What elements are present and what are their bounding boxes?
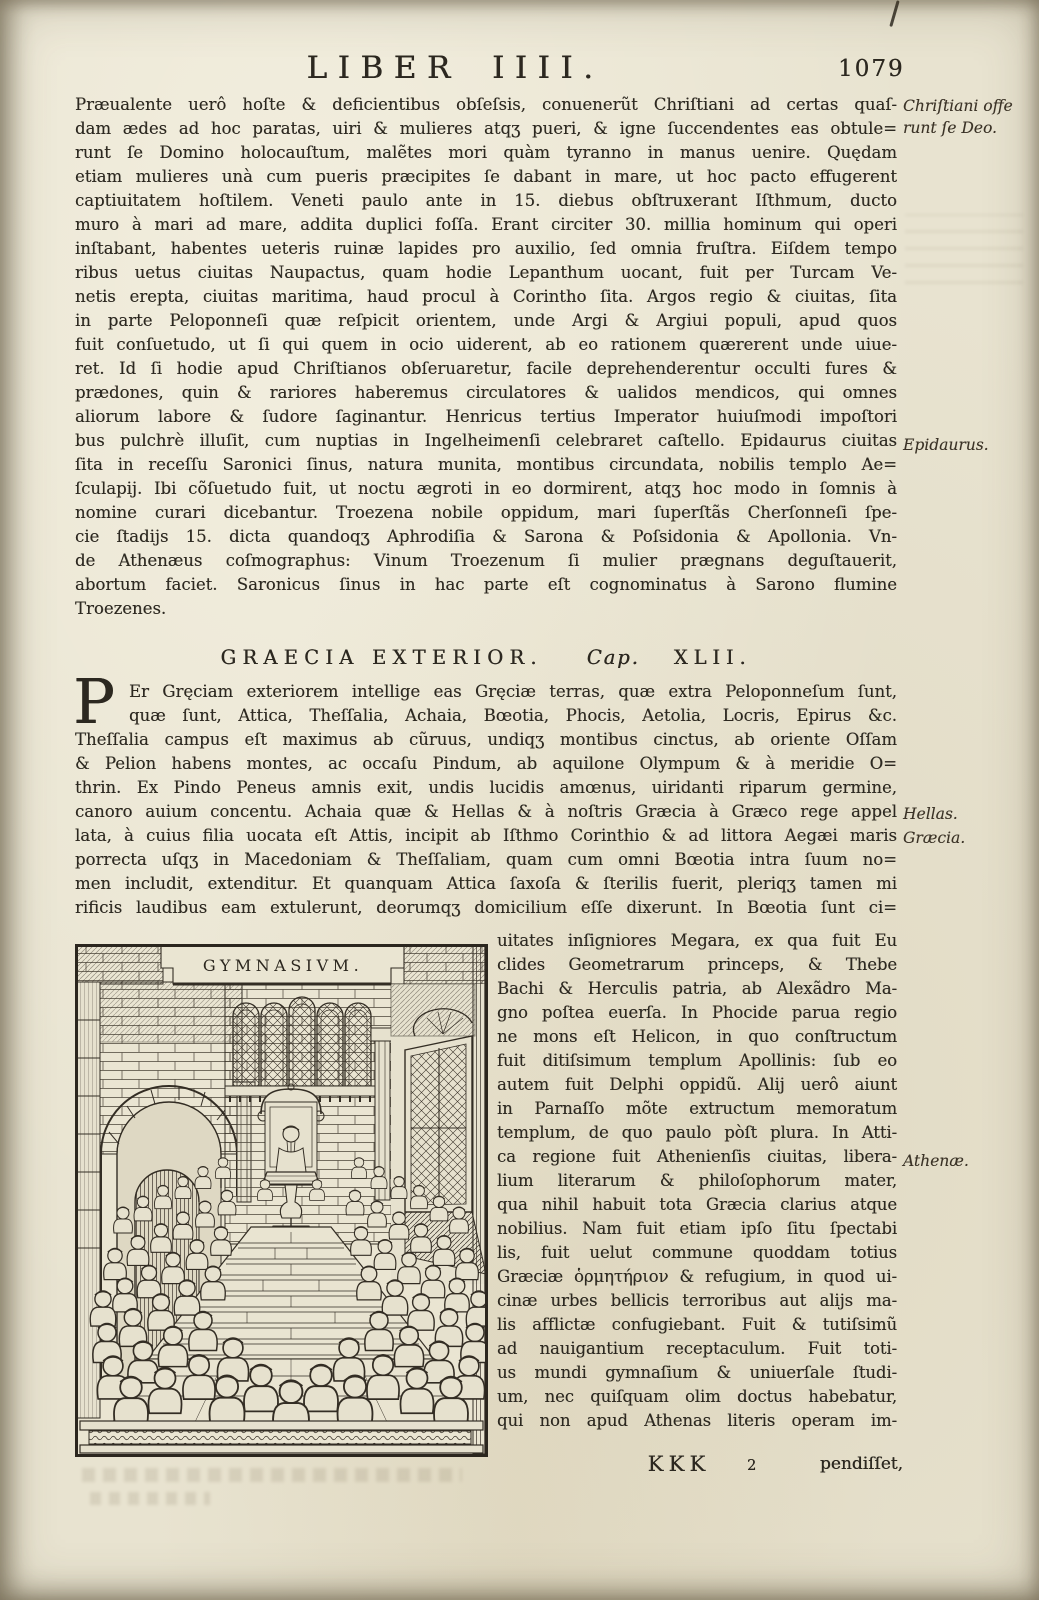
text-line: autem fuit Delphi oppidũ. Alij uerô aiun… [497,1073,897,1097]
text-line: canoro auium concentu. Achaia quæ & Hell… [75,800,897,824]
woodcut-caption: GYMNASIVM. [203,956,363,975]
text-line: rificis laudibus eam extulerunt, deorumq… [75,896,897,920]
text-line: gno poſtea euerſa. In Phocide parua regi… [497,1001,897,1025]
chapter-number: XLII. [674,646,752,669]
text-line: cinæ urbes bellicis terroribus aut alijs… [497,1289,897,1313]
text-line: de Athenæus coſmographus: Vinum Troezenu… [75,549,897,573]
text-line: Bachi & Herculis patria, ab Alexãdro Ma- [497,977,897,1001]
text-line: lata, à cuius filia uocata eſt Attis, in… [75,824,897,848]
show-through-smudge [90,1492,210,1505]
text-line: abortum faciet. Saronicus ſinus in hac p… [75,573,897,597]
text-line: Er Gręciam exteriorem intellige eas Gręc… [75,680,897,704]
margin-note-athenae: Athenæ. [903,1150,1035,1172]
text-line: & Pelion habens montes, ac occaſu Pindum… [75,752,897,776]
margin-note-epidaurus: Epidaurus. [903,434,1035,456]
text-line: um, nec quiſquam olim doctus habebatur, [497,1385,897,1409]
text-line: cie ſtadijs 15. dicta quandoqʒ Aphrodiſi… [75,525,897,549]
text-line: Troezenes. [75,597,897,621]
text-line: ne mons eſt Helicon, in quo conſtructum [497,1025,897,1049]
text-line: thrin. Ex Pindo Peneus amnis exit, undis… [75,776,897,800]
text-line: netis erepta, ciuitas maritima, haud pro… [75,285,897,309]
text-line: in Parnaſſo mõte extructum memoratum [497,1097,897,1121]
text-line: us mundi gymnaſium & uniuerſale ſtudi- [497,1361,897,1385]
text-line: lis afflictæ confugiebant. Fuit & tutiſs… [497,1313,897,1337]
text-line: Præualente uerô hoſte & deficientibus ob… [75,93,897,117]
text-line: lis, fuit uelut commune quoddam totius [497,1241,897,1265]
pen-mark [889,0,899,27]
text-line: Græciæ ὁρμητήριον & refugium, in quod ui… [497,1265,897,1289]
right-column: uitates inſigniores Megara, ex qua fuit … [497,929,897,1433]
text-line: aliorum labore & ſudore ſaginantur. Henr… [75,405,897,429]
chapter-heading: GRAECIA EXTERIOR. Cap. XLII. [75,646,897,672]
text-line: prædones, quin & rariores haberemus circ… [75,381,897,405]
margin-note-hellas: Hellas. [903,803,1035,825]
text-line: qua nihil habuit tota Græcia clarius atq… [497,1193,897,1217]
text-line: fuit ditiſsimum templum Apollinis: ſub e… [497,1049,897,1073]
running-head: LIBER IIII. [240,50,670,86]
book-page: LIBER IIII. 1079 Præualente uerô hoſte &… [0,0,1039,1600]
text-line: captiuitatem hoſtilem. Veneti paulo ante… [75,189,897,213]
signature-number: 2 [747,1458,769,1474]
text-line: uitates inſigniores Megara, ex qua fuit … [497,929,897,953]
chapter-cap-label: Cap. [587,646,640,669]
text-line: in parte Peloponneſi quæ reſpicit orient… [75,309,897,333]
text-line: muro à mari ad mare, addita duplici foſſ… [75,213,897,237]
margin-note-christiani: Chriſtiani offe runt ſe Deo. [903,95,1035,139]
margin-note-line: runt ſe Deo. [903,117,1035,139]
text-line: men includit, extenditur. Et quanquam At… [75,872,897,896]
text-line: nobilius. Nam fuit etiam ipſo ſitu ſpect… [497,1217,897,1241]
text-line: ca regione fuit Athenienſis ciuitas, lib… [497,1145,897,1169]
show-through-smudge [905,214,1023,284]
margin-note-line: Chriſtiani offe [903,95,1035,117]
margin-note-graecia: Græcia. [903,827,1035,849]
page-number: 1079 [838,56,918,82]
text-line: dam ædes ad hoc paratas, uiri & mulieres… [75,117,897,141]
gymnasium-woodcut: GYMNASIVM. [75,944,488,1457]
paragraph-graecia: Er Gręciam exteriorem intellige eas Gręc… [75,680,897,920]
text-line: lium literarum & philoſophorum mater, [497,1169,897,1193]
text-line: runt ſe Domino holocauſtum, malẽtes mori… [75,141,897,165]
text-line: bus pulchrè illuſit, cum nuptias in Inge… [75,429,897,453]
text-line: ſita in receſſu Saronici ſinus, natura m… [75,453,897,477]
text-line: quæ ſunt, Attica, Theſſalia, Achaia, Bœo… [75,704,897,728]
text-line: qui non apud Athenas literis operam im- [497,1409,897,1433]
text-line: Theſſalia campus eſt maximus ab cũruus, … [75,728,897,752]
show-through-smudge [82,1468,462,1482]
signature-mark: KKK [636,1452,722,1476]
paragraph-main: Præualente uerô hoſte & deficientibus ob… [75,93,897,621]
text-line: templum, de quo paulo pòſt plura. In Att… [497,1121,897,1145]
chapter-title: GRAECIA EXTERIOR. [221,646,543,669]
catchword: pendiſſet, [793,1454,903,1474]
text-line: clides Geometrarum princeps, & Thebe [497,953,897,977]
text-line: ret. Id ſi hodie apud Chriſtianos obſeru… [75,357,897,381]
text-line: inſtabant, habentes ueteris ruinæ lapide… [75,237,897,261]
text-line: porrecta uſqʒ in Macedoniam & Theſſaliam… [75,848,897,872]
text-line: fuit conſuetudo, ut ſi qui quem in ocio … [75,333,897,357]
text-line: ſculapij. Ibi cõſuetudo fuit, ut noctu æ… [75,477,897,501]
text-line: ribus uetus ciuitas Naupactus, quam hodi… [75,261,897,285]
text-line: ad nauigantium receptaculum. Fuit toti- [497,1337,897,1361]
text-line: nomine curari dicebantur. Troezena nobil… [75,501,897,525]
text-line: etiam mulieres unà cum pueris præcipites… [75,165,897,189]
